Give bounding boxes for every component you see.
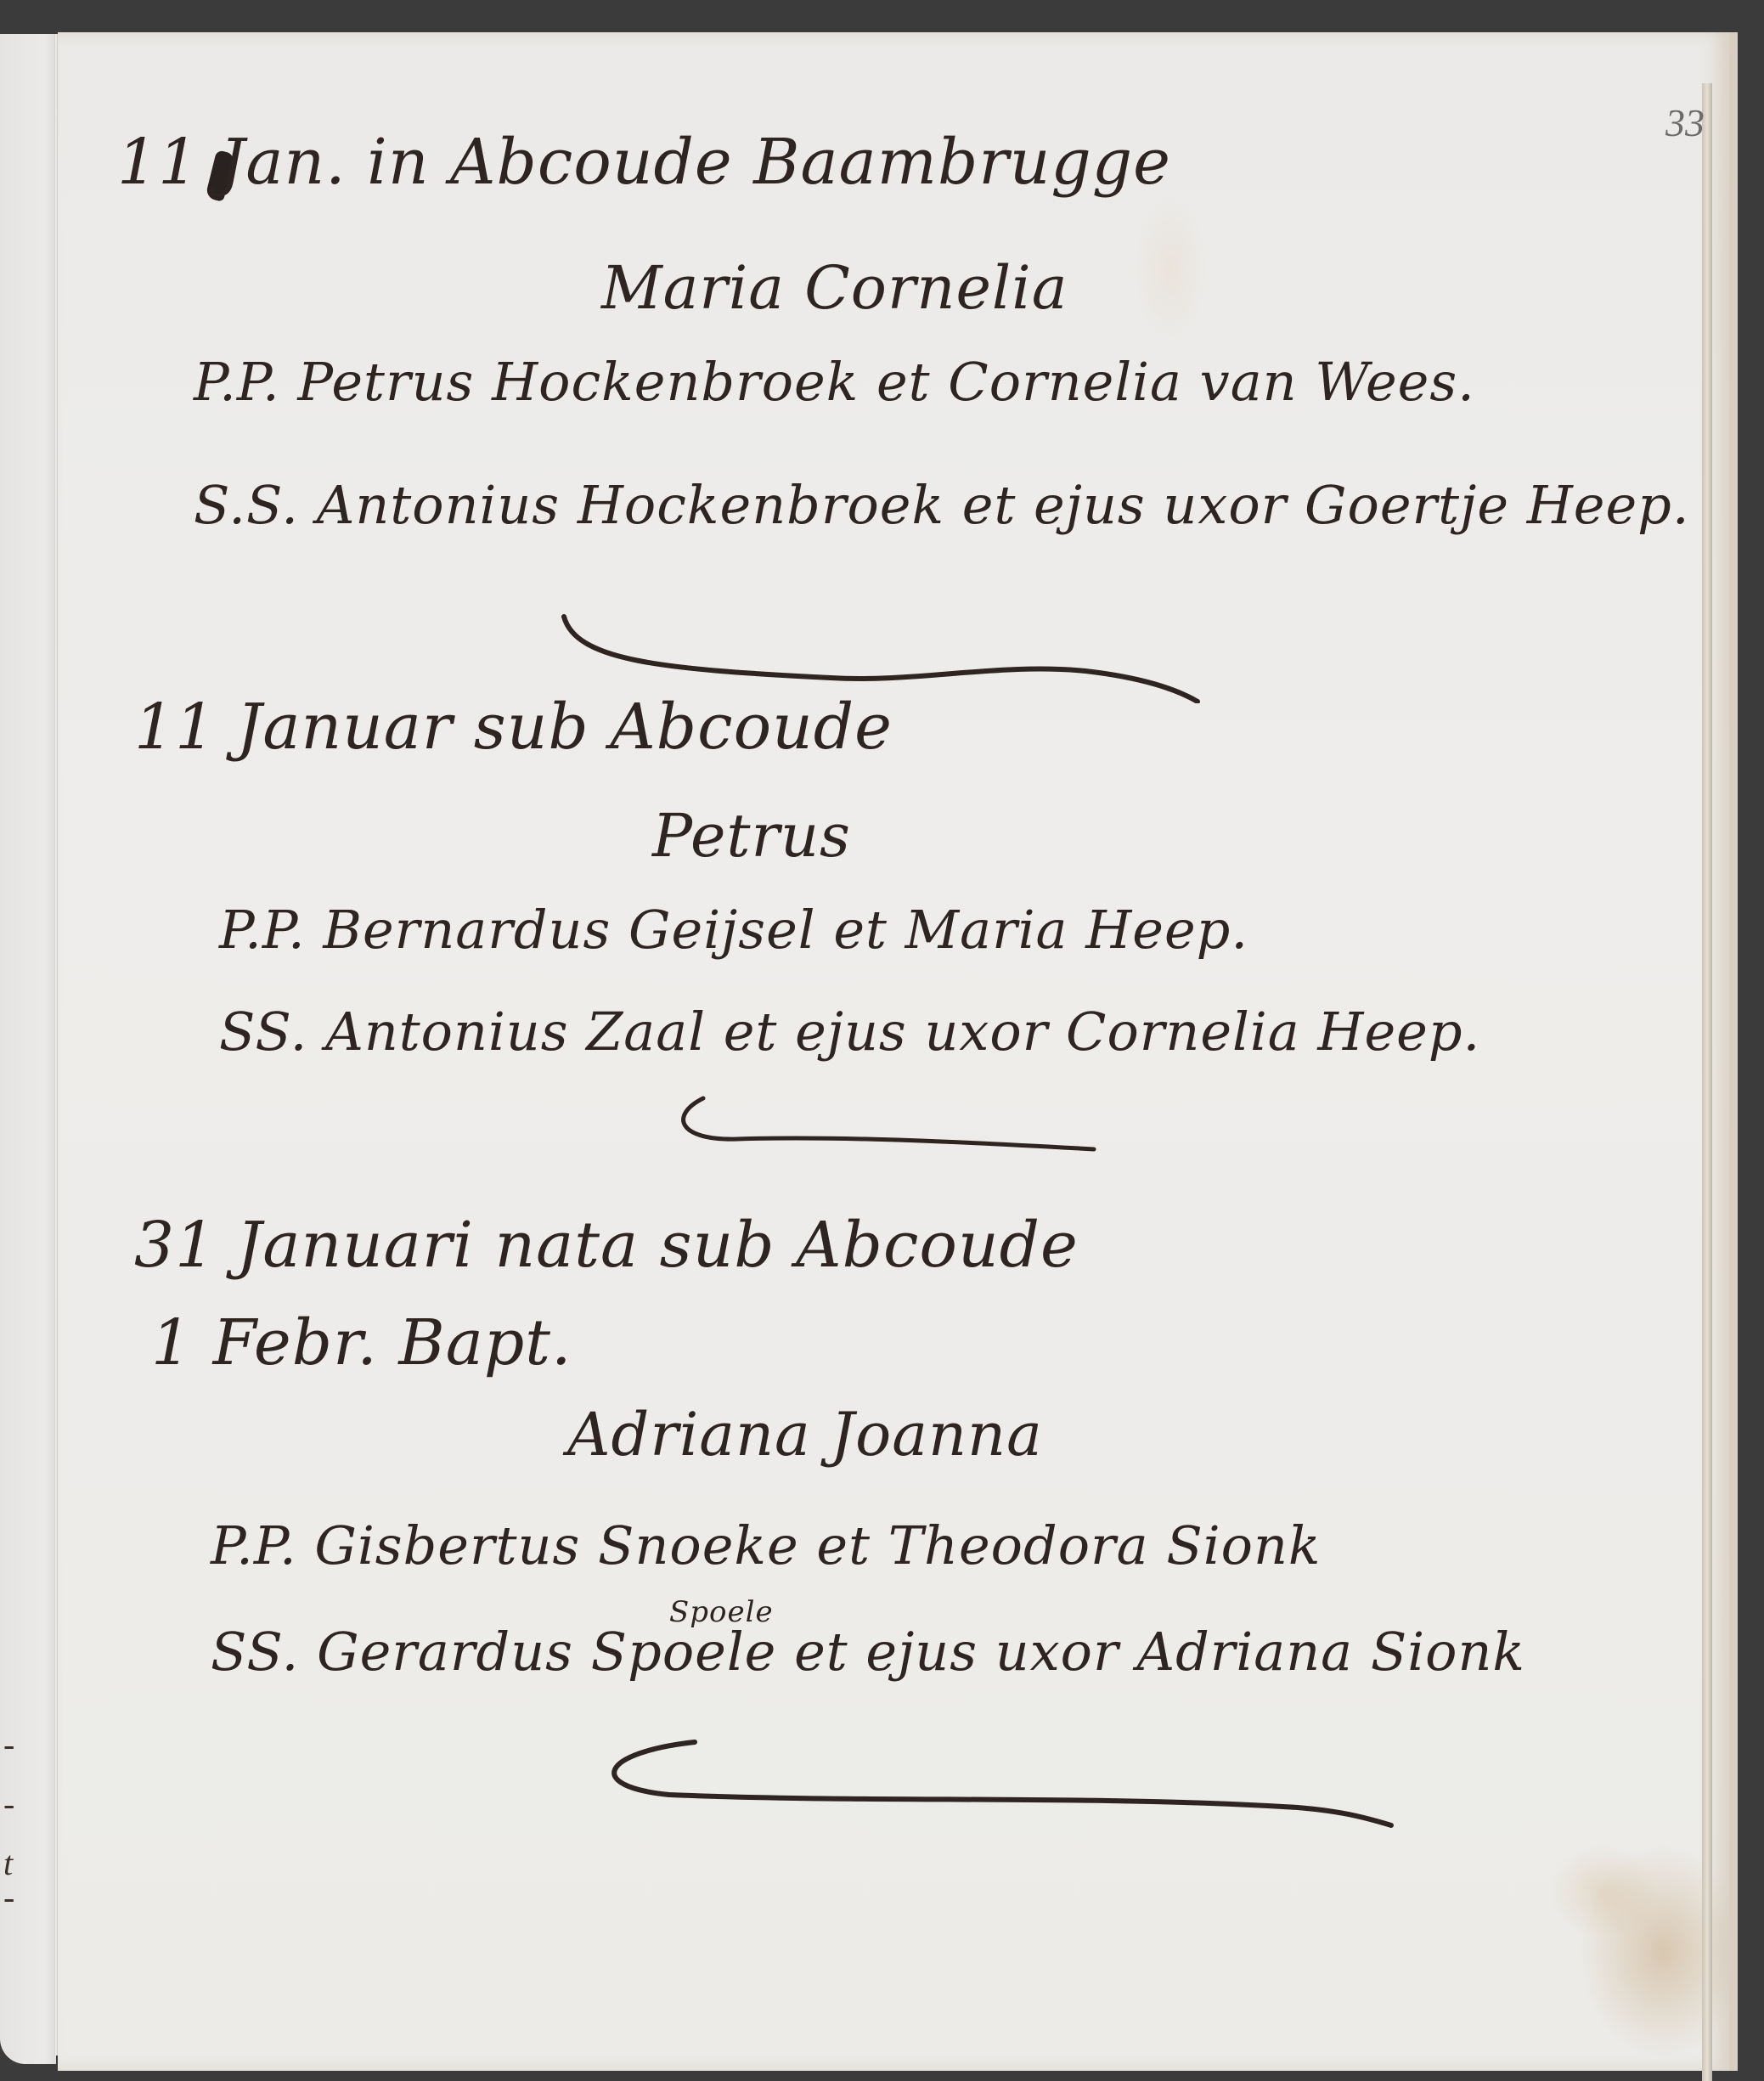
entry-1-child-name: Maria Cornelia [601, 253, 1068, 323]
entry-3-parents: P.P. Gisbertus Snoeke et Theodora Sionk [211, 1514, 1321, 1576]
entry-3-sponsors: SS. Gerardus Spoele et ejus uxor Adriana… [211, 1621, 1525, 1683]
entry-2-parents: P.P. Bernardus Geijsel et Maria Heep. [219, 899, 1248, 961]
entry-separator-flourish [559, 610, 1204, 703]
entry-1-parents: P.P. Petrus Hockenbroek et Cornelia van … [194, 351, 1475, 413]
entry-1-header: 11 Jan. in Abcoude Baambrugge [117, 126, 1171, 199]
entry-3-sub-header: 1 Febr. Bapt. [151, 1306, 572, 1379]
previous-page-mark: - [3, 1877, 14, 1917]
register-page: 33 11 Jan. in Abcoude Baambrugge Maria C… [58, 32, 1738, 2071]
previous-page-mark: - [3, 1724, 14, 1764]
previous-page-edge: - - t - [0, 34, 56, 2064]
previous-page-mark: - [3, 1784, 14, 1824]
folio-number: 33 [1665, 100, 1705, 145]
entry-1-sponsors: S.S. Antonius Hockenbroek et ejus uxor G… [194, 474, 1690, 536]
entry-separator-flourish [567, 1735, 1400, 1829]
entry-2-header: 11 Januar sub Abcoude [134, 691, 893, 764]
inserted-correction: Spoele [669, 1595, 774, 1629]
page-edge [1702, 83, 1712, 2081]
entry-2-sponsors: SS. Antonius Zaal et ejus uxor Cornelia … [219, 1001, 1480, 1063]
entry-3-child-name: Adriana Joanna [567, 1400, 1043, 1469]
entry-separator-flourish [669, 1090, 1111, 1158]
entry-3-header: 31 Januari nata sub Abcoude [134, 1209, 1079, 1282]
entry-2-child-name: Petrus [652, 801, 851, 871]
scanned-document: - - t - 33 11 Jan. in Abcoude Baambrugge… [0, 0, 1764, 2081]
